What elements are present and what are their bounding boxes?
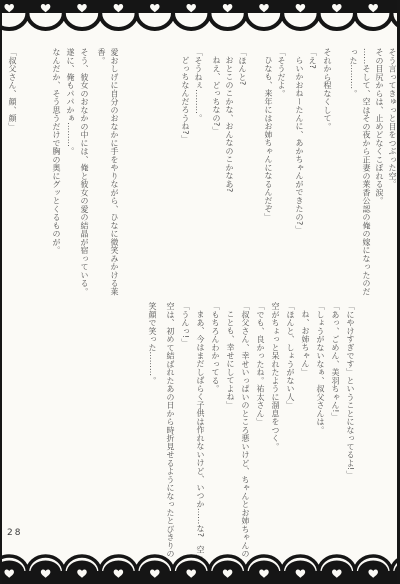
text-line: 「うんっ!」	[178, 302, 189, 347]
text-line: 空がちょっと呆れたように溜息をつく。	[268, 302, 279, 451]
text-line: 「しょうがないなぁ、叔父さんは。	[313, 302, 324, 434]
text-line: った………。	[346, 48, 357, 98]
text-line: 「ほんと、しょうがない人」	[283, 302, 294, 409]
text-line: ……そして、空はその夜から正妻の莱香公認の俺の嫁になったのだ	[359, 48, 370, 296]
text-line: ひなも、来年にはお姉ちゃんになるんだぞ」	[261, 56, 272, 221]
lace-border-top-icon	[0, 0, 400, 38]
text-line: 「もちろんわかってる。	[208, 302, 219, 393]
text-line: 遂に、俺もパパかぁ………。	[63, 48, 74, 155]
text-line: 「叔父さん、顔、顔」	[5, 48, 16, 131]
book-page: そう言ってきゅっと目をつぶった空。その目尻からは、止めどなくこぼれる涙。……そし…	[0, 0, 400, 584]
text-line: 空は、初めて結ばれたあの日から時折見せるようになったとびきりの	[163, 302, 174, 558]
text-line: ことも、幸せにしてよね」	[223, 310, 234, 409]
text-line: 「でも、良かったね。祐太さん」	[253, 302, 264, 426]
heart-icon-row	[4, 4, 378, 12]
text-line: そう、彼女のおなかの中には、俺と彼女の愛の結晶が宿っている。	[77, 48, 88, 296]
text-line: その目尻からは、止めどなくこぼれる涙。	[372, 48, 383, 205]
text-line: おとこのこかな、おんなのこかなあ?	[222, 56, 233, 193]
text-line: 「叔父さん、幸せいっぱいのところ悪いけど、ちゃんとお姉ちゃんの	[238, 302, 249, 558]
text-line: 「あっ、ごめん、美羽ちゃん!」	[328, 302, 339, 421]
page-number: 28	[7, 528, 22, 538]
heart-icon-row	[4, 569, 378, 577]
text-line: それから程なくして。	[320, 48, 331, 131]
page-edge-left	[0, 0, 2, 584]
text-line: 香。	[94, 48, 105, 65]
text-line: どっちなんだろうね?」	[178, 56, 189, 143]
text-line: 愛おしげに自分のおなかに手をやりながら、ひなに微笑みかける莱	[107, 48, 118, 296]
text-line: ね、お姉ちゃん」	[298, 310, 309, 376]
text-line: らいかおねーたんに、あかちゃんができたの?」	[292, 56, 303, 234]
text-line: 「え?	[305, 48, 316, 69]
text-line: 「ほんと?	[235, 48, 246, 86]
text-line: まあ、今はまだしばらく子供は作れないけど、いつか……な? 空」	[193, 310, 204, 562]
text-line: 「にやけすぎです」ということになってるよ!」	[343, 302, 354, 479]
text-line: そう言ってきゅっと目をつぶった空。	[385, 48, 396, 188]
text-line: 笑顔で笑った………。	[145, 302, 156, 385]
text-line: ねえ、どっちなの?」	[209, 56, 220, 135]
text-line: 「そうだよ。	[274, 48, 285, 98]
text-line: なんだか、そう思うだけで胸の奥にグッとくるものが。	[49, 48, 60, 254]
text-line: 「そうねぇ………。	[191, 48, 202, 122]
